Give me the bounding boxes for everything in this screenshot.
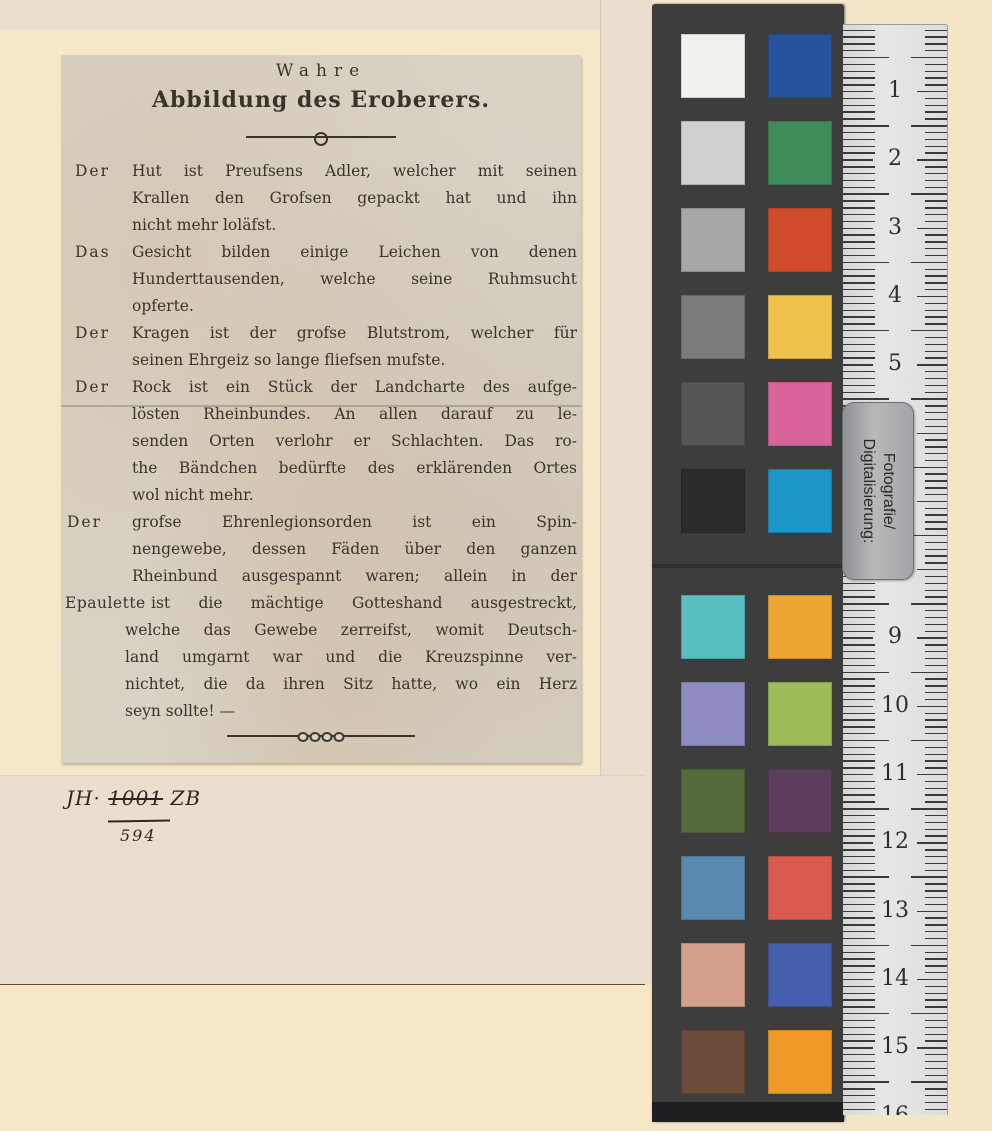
- color-swatch: [768, 769, 832, 833]
- ruler-tick: [925, 146, 947, 147]
- ruler-tick: [843, 173, 875, 174]
- color-swatch: [681, 595, 745, 659]
- ruler-tick: [911, 945, 947, 946]
- ruler-tick: [843, 187, 875, 188]
- paragraph-epaulette: Epaulette ist die mächtige Gotteshand au…: [61, 590, 581, 725]
- ruler-tick: [925, 508, 947, 509]
- color-swatch: [768, 34, 832, 98]
- ruler-tick: [843, 262, 889, 263]
- ruler-tick: [843, 726, 875, 727]
- ruler-tick: [925, 719, 947, 720]
- ruler-tick: [925, 870, 947, 871]
- ruler-label: 13: [843, 900, 947, 922]
- ruler-label: 5: [843, 353, 947, 375]
- ruler-tick: [843, 241, 875, 242]
- ruler-tick: [843, 207, 875, 208]
- ruler-tick: [925, 480, 947, 481]
- ruler-tick: [843, 255, 875, 256]
- ruler-tick: [925, 760, 947, 761]
- ruler-tick: [925, 883, 947, 884]
- ruler-tick: [925, 658, 947, 659]
- ruler-tick: [843, 1081, 889, 1082]
- ruler-tick: [925, 173, 947, 174]
- ruler-tick: [925, 583, 947, 584]
- ruler-tick: [925, 275, 947, 276]
- ruler-tick: [925, 337, 947, 338]
- ruler-tick: [843, 310, 875, 311]
- ruler-tick: [925, 487, 947, 488]
- paragraph-lead-word: Der: [75, 374, 110, 401]
- ruler-tick: [917, 433, 947, 434]
- annotation-struck-number: 1001: [108, 786, 163, 810]
- ruler-tick: [843, 678, 875, 679]
- ruler-tick: [843, 822, 875, 823]
- text-line: nichtet, die da ihren Sitz hatte, wo ein…: [61, 671, 581, 698]
- ruler-tick: [925, 71, 947, 72]
- ruler-tick: [925, 890, 947, 891]
- ruler-tick: [925, 576, 947, 577]
- paragraph-lead-word: Epaulette: [65, 590, 146, 617]
- ruler-tick: [925, 801, 947, 802]
- ruler-tick: [925, 180, 947, 181]
- ruler-tick: [843, 931, 875, 932]
- paragraph-lead-word: Das: [75, 239, 111, 266]
- ruler-tick: [911, 57, 947, 58]
- ruler-tick: [843, 938, 875, 939]
- ruler-tick: [843, 685, 875, 686]
- ruler-tick: [925, 419, 947, 420]
- ruler-tick: [843, 71, 875, 72]
- ruler-tick: [843, 890, 875, 891]
- text-line: welche das Gewebe zerreifst, womit Deuts…: [61, 617, 581, 644]
- paragraph-legion-of-honour: Der grofse Ehrenlegionsorden ist ein Spi…: [61, 509, 581, 590]
- color-swatch: [681, 943, 745, 1007]
- ruler-tick: [911, 1081, 947, 1082]
- ruler-tick: [843, 275, 875, 276]
- color-calibration-target: [652, 4, 844, 1122]
- ruler-tick: [925, 549, 947, 550]
- ruler-tick: [843, 248, 875, 249]
- ruler-tick: [843, 754, 875, 755]
- ornament-divider-top: [246, 134, 396, 140]
- ruler-tick: [925, 1068, 947, 1069]
- text-line: senden Orten verlohr er Schlachten. Das …: [61, 428, 581, 455]
- ruler-tick: [925, 36, 947, 37]
- ruler-tick: [843, 801, 875, 802]
- color-swatch: [768, 469, 832, 533]
- ruler-tick: [843, 330, 889, 331]
- ruler-tick: [925, 426, 947, 427]
- ruler-tick: [843, 392, 875, 393]
- ruler-tick: [925, 692, 947, 693]
- ruler-tick: [843, 829, 875, 830]
- color-swatch: [681, 121, 745, 185]
- paragraph-collar: Der Kragen ist der grofse Blutstrom, wel…: [61, 320, 581, 374]
- ruler-tick: [843, 863, 875, 864]
- ruler-tick: [843, 57, 889, 58]
- ruler-tick: [925, 794, 947, 795]
- text-line: Kragen ist der grofse Blutstrom, welcher…: [61, 320, 581, 347]
- ruler-label: 16: [843, 1105, 947, 1116]
- ruler-tick: [843, 993, 875, 994]
- ruler-tick: [843, 282, 875, 283]
- ruler-tick: [843, 30, 875, 31]
- ruler-tick: [843, 794, 875, 795]
- ruler-tick: [843, 50, 875, 51]
- ruler-tick: [843, 214, 875, 215]
- ruler-tick: [925, 931, 947, 932]
- ruler-tick: [911, 535, 947, 536]
- ruler-tick: [925, 514, 947, 515]
- text-line: nicht mehr loläfst.: [61, 212, 581, 239]
- ruler-tick: [843, 1068, 875, 1069]
- text-line: opferte.: [61, 293, 581, 320]
- mount-board-top: [0, 0, 600, 32]
- text-line: Hunderttausenden, welche seine Ruhmsucht: [61, 266, 581, 293]
- text-line: Rock ist ein Stück der Landcharte des au…: [61, 374, 581, 401]
- ruler-tick: [843, 590, 875, 591]
- ruler-tick: [925, 562, 947, 563]
- ruler-tick: [925, 897, 947, 898]
- ruler-tick: [925, 1020, 947, 1021]
- ruler-tick: [925, 610, 947, 611]
- ruler-tick: [843, 269, 875, 270]
- ruler-label: 1: [843, 80, 947, 102]
- ruler-tick: [925, 344, 947, 345]
- ruler-tick: [925, 815, 947, 816]
- ruler-tick: [925, 678, 947, 679]
- ruler-tick: [925, 733, 947, 734]
- ruler-tick: [925, 132, 947, 133]
- text-line: grofse Ehrenlegionsorden ist ein Spin-: [61, 509, 581, 536]
- ruler-tick: [925, 460, 947, 461]
- ruler-tick: [911, 808, 947, 809]
- text-line: the Bändchen bedürfte des erklärenden Or…: [61, 455, 581, 482]
- text-line: Krallen den Grofsen gepackt hat und ihn: [61, 185, 581, 212]
- ruler-tick: [843, 603, 889, 604]
- color-swatch: [768, 943, 832, 1007]
- ruler-tick: [925, 747, 947, 748]
- ruler-tick: [925, 310, 947, 311]
- ruler-tick: [925, 924, 947, 925]
- ruler-tick: [925, 754, 947, 755]
- ruler-tick: [843, 719, 875, 720]
- ruler-tick: [925, 952, 947, 953]
- ruler-tick: [925, 938, 947, 939]
- ruler-tick: [911, 672, 947, 673]
- ruler-tick: [925, 1027, 947, 1028]
- ruler-tick: [925, 788, 947, 789]
- ruler-tick: [843, 1061, 875, 1062]
- ruler-tick: [925, 30, 947, 31]
- text-line: seyn sollte! —: [61, 698, 581, 725]
- ruler-tick: [843, 651, 875, 652]
- ruler-tick: [925, 521, 947, 522]
- ruler-tick: [925, 248, 947, 249]
- document-title: Abbildung des Eroberers.: [61, 87, 581, 113]
- ruler-tick: [911, 740, 947, 741]
- color-swatch: [768, 295, 832, 359]
- ruler-tick: [925, 555, 947, 556]
- ruler-tick: [843, 125, 889, 126]
- text-line: Rheinbund ausgespannt waren; allein in d…: [61, 563, 581, 590]
- ruler-tick: [925, 993, 947, 994]
- tag-line-1: Fotografie/: [878, 406, 898, 576]
- ruler-tick: [925, 214, 947, 215]
- paragraph-hat: Der Hut ist Preufsens Adler, welcher mit…: [61, 158, 581, 239]
- ruler-tick: [925, 50, 947, 51]
- ruler-tick: [925, 863, 947, 864]
- ruler-tick: [843, 139, 875, 140]
- ruler-tick: [843, 1006, 875, 1007]
- ruler-tick: [843, 692, 875, 693]
- ruler-tick: [843, 378, 875, 379]
- ruler-tick: [925, 118, 947, 119]
- ruler-tick: [925, 965, 947, 966]
- color-swatch: [681, 34, 745, 98]
- color-swatch: [768, 682, 832, 746]
- target-base: [652, 1102, 844, 1122]
- ruler-tick: [843, 36, 875, 37]
- ruler-label: 4: [843, 285, 947, 307]
- ruler-tick: [843, 965, 875, 966]
- ruler-tick: [843, 105, 875, 106]
- background-right: [948, 0, 992, 1131]
- ruler-tick: [925, 617, 947, 618]
- color-swatch: [768, 595, 832, 659]
- ruler-tick: [911, 125, 947, 126]
- ruler-tick: [843, 760, 875, 761]
- ruler-tick: [925, 822, 947, 823]
- ruler-tick: [843, 952, 875, 953]
- ruler-tick: [925, 111, 947, 112]
- text-line: wol nicht mehr.: [61, 482, 581, 509]
- ruler-tick: [843, 658, 875, 659]
- ruler-label: 12: [843, 831, 947, 853]
- paragraph-lead-word: Der: [67, 509, 102, 536]
- handwritten-number: 594: [120, 826, 157, 845]
- ruler-tick: [925, 43, 947, 44]
- ruler-tick: [925, 105, 947, 106]
- ruler-tick: [925, 385, 947, 386]
- ruler-tick: [843, 856, 875, 857]
- ruler-tick: [917, 501, 947, 502]
- color-swatch: [681, 469, 745, 533]
- ruler-tick: [925, 665, 947, 666]
- ruler-tick: [843, 1013, 889, 1014]
- ruler-tick: [843, 180, 875, 181]
- ruler-tick: [925, 392, 947, 393]
- ruler-tick: [843, 958, 875, 959]
- text-line: Gesicht bilden einige Leichen von denen: [61, 239, 581, 266]
- ruler-tick: [911, 262, 947, 263]
- ruler-tick: [843, 200, 875, 201]
- ruler-label: 15: [843, 1036, 947, 1058]
- ruler-tick: [925, 528, 947, 529]
- color-swatch: [681, 382, 745, 446]
- ruler-tick: [843, 1102, 875, 1103]
- ruler-tick: [843, 1027, 875, 1028]
- color-swatch: [681, 295, 745, 359]
- ruler-tick: [925, 999, 947, 1000]
- ruler-tick: [843, 193, 889, 194]
- ruler-tick: [843, 344, 875, 345]
- ruler-tick: [925, 473, 947, 474]
- ruler-tick: [843, 146, 875, 147]
- ruler-tick: [925, 316, 947, 317]
- ruler-tick: [925, 1061, 947, 1062]
- ruler-tick: [843, 1034, 875, 1035]
- ruler-label: 11: [843, 763, 947, 785]
- ruler-tick: [911, 193, 947, 194]
- ruler-tick: [925, 282, 947, 283]
- ruler-tick: [843, 999, 875, 1000]
- ruler-tick: [843, 583, 875, 584]
- ruler-tick: [925, 439, 947, 440]
- ruler-tick: [925, 1034, 947, 1035]
- ruler-tick: [925, 1006, 947, 1007]
- ruler-tick: [843, 665, 875, 666]
- ruler-label: 2: [843, 148, 947, 170]
- ruler-tick: [925, 255, 947, 256]
- ruler-tick: [925, 405, 947, 406]
- ruler-tick: [843, 64, 875, 65]
- ruler-tick: [911, 876, 947, 877]
- document-pre-title: Wahre: [61, 61, 581, 81]
- ruler-tick: [843, 788, 875, 789]
- ruler-tick: [925, 726, 947, 727]
- text-line: nengewebe, dessen Fäden über den ganzen: [61, 536, 581, 563]
- ruler-tick: [925, 958, 947, 959]
- ruler-tick: [925, 77, 947, 78]
- ruler-tick: [925, 446, 947, 447]
- ruler-tick: [925, 241, 947, 242]
- ruler-tick: [843, 132, 875, 133]
- ruler-tick: [843, 624, 875, 625]
- ruler-tick: [925, 856, 947, 857]
- target-seam: [652, 564, 844, 568]
- color-swatch: [681, 208, 745, 272]
- ruler-tick: [843, 351, 875, 352]
- ruler-tick: [925, 200, 947, 201]
- ruler-tick: [843, 808, 889, 809]
- ruler-tick: [843, 337, 875, 338]
- ruler-tick: [925, 378, 947, 379]
- ruler-tick: [925, 351, 947, 352]
- color-swatch: [768, 121, 832, 185]
- ruler-tick: [911, 603, 947, 604]
- ruler-tick: [925, 1095, 947, 1096]
- ruler-tick: [925, 624, 947, 625]
- paragraph-lead-word: Der: [75, 158, 110, 185]
- handwritten-inventory-number: JH· 1001 ZB: [66, 786, 201, 810]
- ruler-tick: [843, 897, 875, 898]
- color-swatch: [681, 856, 745, 920]
- color-swatch: [681, 769, 745, 833]
- ruler-tick: [843, 740, 889, 741]
- tag-line-2: Digitalisierung:: [858, 406, 878, 576]
- ruler-label: 3: [843, 217, 947, 239]
- ruler-label: 14: [843, 968, 947, 990]
- ruler-tick: [843, 924, 875, 925]
- ruler-tick: [925, 412, 947, 413]
- ruler-tick: [925, 494, 947, 495]
- ruler-tick: [843, 398, 889, 399]
- color-swatch: [681, 682, 745, 746]
- ruler-tick: [925, 685, 947, 686]
- paragraph-coat: Der Rock ist ein Stück der Landcharte de…: [61, 374, 581, 509]
- ruler-tick: [843, 43, 875, 44]
- ruler-tick: [843, 111, 875, 112]
- ruler-tick: [925, 1088, 947, 1089]
- ruler-label: 9: [843, 626, 947, 648]
- ruler-tick: [843, 77, 875, 78]
- ruler-tick: [843, 870, 875, 871]
- ruler-label: 10: [843, 695, 947, 717]
- paragraph-lead-word: Der: [75, 320, 110, 347]
- ruler-tick: [843, 883, 875, 884]
- ornament-divider-bottom: [227, 733, 415, 739]
- ruler-tick: [843, 1020, 875, 1021]
- ruler-tick: [843, 747, 875, 748]
- color-swatch: [768, 1030, 832, 1094]
- ruler-tick: [925, 829, 947, 830]
- annotation-suffix: ZB: [170, 786, 201, 810]
- annotation-prefix: JH·: [66, 786, 101, 810]
- text-line: lösten Rheinbundes. An allen darauf zu l…: [61, 401, 581, 428]
- ruler-tick: [925, 187, 947, 188]
- color-swatch: [681, 1030, 745, 1094]
- ruler-tick: [843, 815, 875, 816]
- ruler-tick: [843, 596, 875, 597]
- ruler-tick: [843, 610, 875, 611]
- ruler-tick: [843, 1075, 875, 1076]
- ruler-tick: [925, 542, 947, 543]
- ruler-tick: [843, 733, 875, 734]
- ruler-tick: [843, 316, 875, 317]
- text-line: land umgarnt war und die Kreuzspinne ver…: [61, 644, 581, 671]
- printed-document: Wahre Abbildung des Eroberers. Der Hut i…: [61, 55, 581, 763]
- color-swatch: [768, 856, 832, 920]
- ruler-tick: [925, 1075, 947, 1076]
- ruler-tick: [843, 876, 889, 877]
- ruler-tick: [843, 323, 875, 324]
- ruler-tick: [925, 590, 947, 591]
- ruler-tick: [925, 596, 947, 597]
- ruler-tick: [925, 453, 947, 454]
- ruler-tick: [925, 323, 947, 324]
- ruler-tick: [925, 139, 947, 140]
- ruler-tick: [843, 1088, 875, 1089]
- ruler-tick: [843, 385, 875, 386]
- text-line: Hut ist Preufsens Adler, welcher mit sei…: [61, 158, 581, 185]
- text-line: seinen Ehrgeiz so lange fliefsen mufste.: [61, 347, 581, 374]
- ruler-tick: [925, 269, 947, 270]
- color-swatch: [768, 382, 832, 446]
- color-swatch: [768, 208, 832, 272]
- ruler-tick: [925, 207, 947, 208]
- ruler-tick: [843, 945, 889, 946]
- ruler-tick: [843, 118, 875, 119]
- ruler-tick: [925, 64, 947, 65]
- digitization-tag: Fotografie/ Digitalisierung:: [842, 402, 914, 580]
- ruler-tick: [925, 1102, 947, 1103]
- ruler-tick: [911, 467, 947, 468]
- ruler-tick: [911, 398, 947, 399]
- ruler-tick: [925, 651, 947, 652]
- ruler-tick: [911, 1013, 947, 1014]
- ruler-tick: [917, 569, 947, 570]
